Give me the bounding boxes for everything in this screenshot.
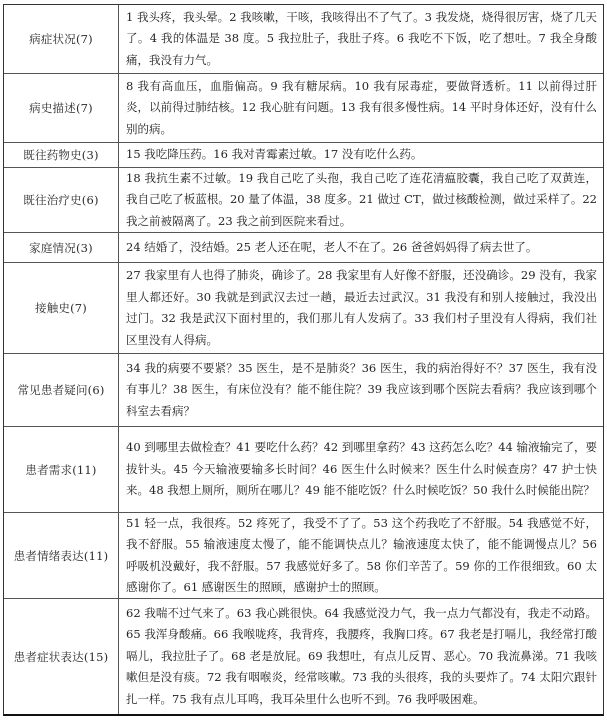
phrase-cell: 40 到哪里去做检查？41 要吃什么药？42 到哪里拿药？43 这药怎么吃？44… <box>119 427 603 512</box>
category-cell: 既往药物史(3) <box>4 143 119 167</box>
phrase-cell: 1 我头疼，我头晕。2 我咳嗽，干咳，我咳得出不了气了。3 我发烧，烧得很厉害，… <box>119 5 603 73</box>
phrase-cell: 27 我家里有人也得了肺炎，确诊了。28 我家里有人好像不舒服，还没确诊。29 … <box>119 263 603 353</box>
phrase-text: 15 我吃降压药。16 我对青霉素过敏。17 没有吃什么药。 <box>126 144 422 166</box>
phrase-text: 51 轻一点，我很疼。52 疼死了，我受不了了。53 这个药我吃了不舒服。54 … <box>126 513 597 599</box>
phrase-text: 62 我喘不过气来了。63 我心跳很快。64 我感觉没力气，我一点力气都没有，我… <box>126 603 597 711</box>
category-cell: 病症状况(7) <box>4 5 119 73</box>
phrase-category-table: 病症状况(7) 1 我头疼，我头晕。2 我咳嗽，干咳，我咳得出不了气了。3 我发… <box>3 4 604 716</box>
phrase-text: 8 我有高血压，血脂偏高。9 我有糖尿病。10 我有尿毒症，要做肾透析。11 以… <box>126 76 597 141</box>
table-row: 既往治疗史(6) 18 我抗生素不过敏。19 我自己吃了头孢，我自己吃了连花清瘟… <box>4 167 603 232</box>
phrase-cell: 34 我的病要不要紧？35 医生，是不是肺炎？36 医生，我的病治得好不？37 … <box>119 354 603 426</box>
table-row: 既往药物史(3) 15 我吃降压药。16 我对青霉素过敏。17 没有吃什么药。 <box>4 142 603 167</box>
table-row: 家庭情况(3) 24 结婚了，没结婚。25 老人还在呢，老人不在了。26 爸爸妈… <box>4 232 603 262</box>
phrase-cell: 8 我有高血压，血脂偏高。9 我有糖尿病。10 我有尿毒症，要做肾透析。11 以… <box>119 74 603 142</box>
category-cell: 病史描述(7) <box>4 74 119 142</box>
table-row: 患者需求(11) 40 到哪里去做检查？41 要吃什么药？42 到哪里拿药？43… <box>4 426 603 512</box>
category-cell: 患者情绪表达(11) <box>4 513 119 598</box>
category-cell: 家庭情况(3) <box>4 233 119 262</box>
phrase-cell: 51 轻一点，我很疼。52 疼死了，我受不了了。53 这个药我吃了不舒服。54 … <box>119 513 603 598</box>
table-row: 患者症状表达(15) 62 我喘不过气来了。63 我心跳很快。64 我感觉没力气… <box>4 598 603 714</box>
category-cell: 接触史(7) <box>4 263 119 353</box>
phrase-text: 27 我家里有人也得了肺炎，确诊了。28 我家里有人好像不舒服，还没确诊。29 … <box>126 265 597 351</box>
phrase-text: 24 结婚了，没结婚。25 老人还在呢，老人不在了。26 爸爸妈妈得了病去世了。 <box>126 237 537 259</box>
table-row: 病症状况(7) 1 我头疼，我头晕。2 我咳嗽，干咳，我咳得出不了气了。3 我发… <box>4 5 603 73</box>
phrase-cell: 15 我吃降压药。16 我对青霉素过敏。17 没有吃什么药。 <box>119 143 603 167</box>
phrase-cell: 62 我喘不过气来了。63 我心跳很快。64 我感觉没力气，我一点力气都没有，我… <box>119 599 603 714</box>
phrase-cell: 18 我抗生素不过敏。19 我自己吃了头孢，我自己吃了连花清瘟胶囊，我自己吃了双… <box>119 168 603 232</box>
table-row: 接触史(7) 27 我家里有人也得了肺炎，确诊了。28 我家里有人好像不舒服，还… <box>4 262 603 353</box>
table-row: 常见患者疑问(6) 34 我的病要不要紧？35 医生，是不是肺炎？36 医生，我… <box>4 353 603 426</box>
category-cell: 患者需求(11) <box>4 427 119 512</box>
phrase-text: 40 到哪里去做检查？41 要吃什么药？42 到哪里拿药？43 这药怎么吃？44… <box>126 437 597 502</box>
phrase-text: 18 我抗生素不过敏。19 我自己吃了头孢，我自己吃了连花清瘟胶囊，我自己吃了双… <box>126 168 597 233</box>
table-row: 病史描述(7) 8 我有高血压，血脂偏高。9 我有糖尿病。10 我有尿毒症，要做… <box>4 73 603 142</box>
category-cell: 患者症状表达(15) <box>4 599 119 714</box>
phrase-text: 34 我的病要不要紧？35 医生，是不是肺炎？36 医生，我的病治得好不？37 … <box>126 358 597 423</box>
category-cell: 常见患者疑问(6) <box>4 354 119 426</box>
category-cell: 既往治疗史(6) <box>4 168 119 232</box>
phrase-cell: 24 结婚了，没结婚。25 老人还在呢，老人不在了。26 爸爸妈妈得了病去世了。 <box>119 233 603 262</box>
table-row: 患者情绪表达(11) 51 轻一点，我很疼。52 疼死了，我受不了了。53 这个… <box>4 512 603 598</box>
phrase-text: 1 我头疼，我头晕。2 我咳嗽，干咳，我咳得出不了气了。3 我发烧，烧得很厉害，… <box>126 7 597 72</box>
